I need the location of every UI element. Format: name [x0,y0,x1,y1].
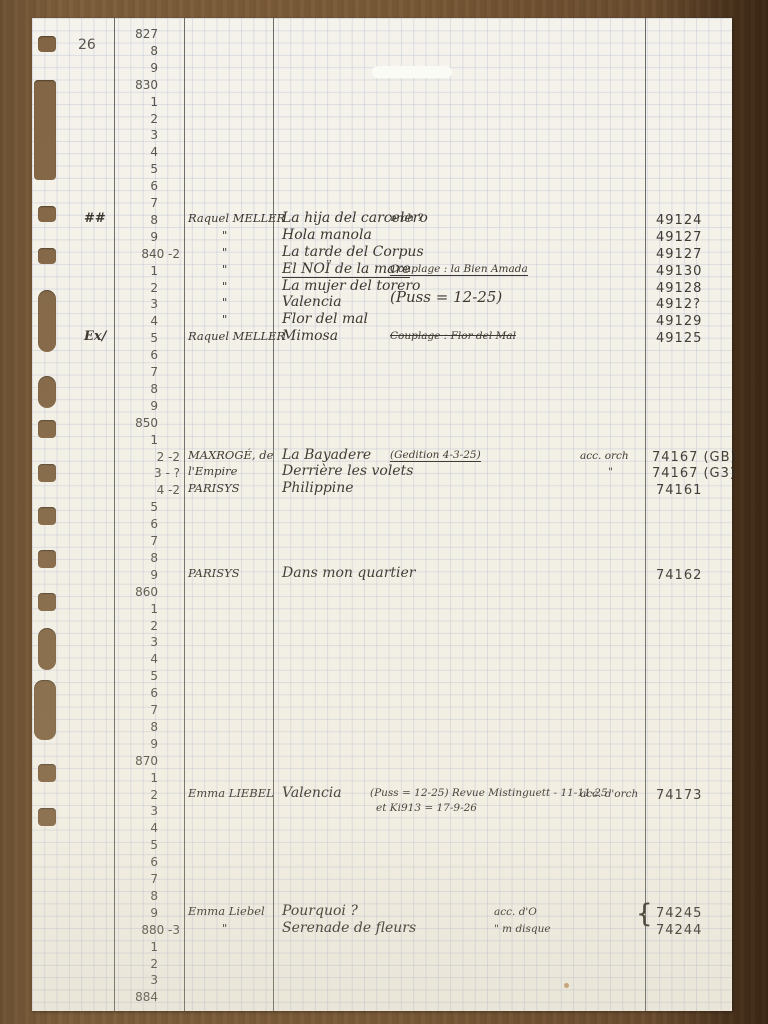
recording-title: Mimosa [282,329,338,343]
column-rule [114,18,115,1011]
matrix-number: 830 [135,79,158,91]
matrix-number: 3 [150,129,158,141]
binder-hole [38,550,56,568]
catalogue-number: 49124 [656,214,702,227]
matrix-number: 1 [150,772,158,784]
matrix-number: 7 [150,704,158,716]
artist-name: " [222,314,227,326]
correction-fluid-mark [372,66,452,78]
binder-hole [38,593,56,611]
matrix-number: 870 [135,755,158,767]
matrix-number: 5 [150,163,158,175]
catalogue-number: 49128 [656,282,702,295]
annotation: Couplage : la Bien Amada [390,264,528,277]
matrix-number: 3 [150,805,158,817]
catalogue-number: 74173 [656,789,702,802]
binder-hole [38,628,56,670]
binder-hole [38,290,56,352]
recording-title: Hola manola [282,228,372,242]
matrix-number: 860 [135,586,158,598]
matrix-number: 850 [135,417,158,429]
artist-name: Raquel MELLER [188,331,285,343]
annotation: (Gedition 4-3-25) [390,450,481,463]
catalogue-number: 49125 [656,332,702,345]
matrix-number: 840 -2 [141,248,180,260]
catalogue-number: 74162 [656,569,702,582]
matrix-number: 4 -2 [157,484,180,496]
matrix-number: 1 [150,434,158,446]
matrix-number: 1 [150,941,158,953]
binder-hole [38,464,56,482]
matrix-number: 6 [150,518,158,530]
matrix-number: 884 [135,991,158,1003]
artist-name: Raquel MELLER [188,213,285,225]
recording-title: Pourquoi ? [282,904,358,918]
matrix-number: 6 [150,856,158,868]
annotation: orch ? [390,213,423,224]
matrix-number: 9 [150,569,158,581]
margin-mark: Ex/ [84,330,106,343]
binder-hole [38,808,56,826]
catalogue-number: 74167 (GB) [652,451,737,464]
artist-name: Emma Liebel [188,906,265,918]
catalogue-number: 49130 [656,265,702,278]
matrix-number: 880 -3 [141,924,180,936]
recording-title: Valencia [282,786,342,800]
margin-mark: ## [84,212,106,225]
recording-title: Derrière les volets [282,464,413,478]
artist-name: " [222,247,227,259]
artist-name: Emma LIEBEL [188,788,274,800]
paper-stain [564,983,569,988]
artist-name: PARISYS [188,483,240,495]
annotation-line-2: et Ki913 = 17-9-26 [376,803,477,814]
matrix-number: 4 [150,822,158,834]
recording-title: Philippine [282,481,354,495]
binder-hole [38,36,56,52]
matrix-number: 9 [150,738,158,750]
annotation: Couplage : Flor del Mal [390,331,516,342]
binder-hole [38,764,56,782]
matrix-number: 3 [150,298,158,310]
annotation: (Puss = 12-25) Revue Mistinguett - 11-11… [370,788,608,799]
catalogue-number: 74161 [656,484,702,497]
matrix-number: 3 - ? [154,467,180,479]
grouping-brace-icon: { [636,901,653,927]
matrix-number: 8 [150,383,158,395]
column-rule [273,18,274,1011]
artist-name: PARISYS [188,568,240,580]
accompaniment-note: acc. d'orch [580,789,638,800]
ledger-sheet: 26 8278983012345678##Raquel MELLERLa hij… [32,18,732,1011]
matrix-number: 6 [150,180,158,192]
artist-name: " [222,230,227,242]
matrix-number: 1 [150,265,158,277]
matrix-number: 2 [150,789,158,801]
binder-hole [38,376,56,408]
binder-hole [38,206,56,222]
matrix-number: 7 [150,366,158,378]
accompaniment-note: acc. d'O [494,907,537,918]
page-marker: 26 [78,38,96,52]
matrix-number: 1 [150,96,158,108]
matrix-number: 8 [150,214,158,226]
matrix-number: 5 [150,332,158,344]
catalogue-number: 49129 [656,315,702,328]
matrix-number: 3 [150,974,158,986]
artist-name: MAXROGÉ, de [188,450,273,462]
matrix-number: 2 [150,282,158,294]
annotation: (Puss = 12-25) [390,290,502,305]
binder-hole [38,507,56,525]
matrix-number: 5 [150,670,158,682]
catalogue-number: 74245 [656,907,702,920]
matrix-number: 8 [150,890,158,902]
matrix-number: 4 [150,653,158,665]
column-rule [645,18,646,1011]
matrix-number: 8 [150,45,158,57]
matrix-number: 2 -2 [157,451,180,463]
matrix-number: 5 [150,501,158,513]
catalogue-number: 49127 [656,231,702,244]
matrix-number: 7 [150,197,158,209]
matrix-number: 8 [150,721,158,733]
matrix-number: 2 [150,113,158,125]
binder-hole [34,80,56,180]
matrix-number: 9 [150,62,158,74]
accompaniment-note: acc. orch [580,451,629,462]
recording-title: La tarde del Corpus [282,245,424,259]
matrix-number: 7 [150,535,158,547]
artist-name: " [222,281,227,293]
artist-name: " [222,264,227,276]
matrix-number: 4 [150,146,158,158]
matrix-number: 4 [150,315,158,327]
matrix-number: 9 [150,231,158,243]
accompaniment-note: " m disque [494,924,551,935]
matrix-number: 9 [150,907,158,919]
matrix-number: 827 [135,28,158,40]
catalogue-number: 74244 [656,924,702,937]
catalogue-number: 49127 [656,248,702,261]
matrix-number: 9 [150,400,158,412]
matrix-number: 6 [150,349,158,361]
recording-title: Serenade de fleurs [282,921,416,935]
matrix-number: 6 [150,687,158,699]
matrix-number: 5 [150,839,158,851]
matrix-number: 1 [150,603,158,615]
accompaniment-note: " [608,467,613,478]
matrix-number: 8 [150,552,158,564]
recording-title: Flor del mal [282,312,368,326]
artist-name: " [222,297,227,309]
column-rule [184,18,185,1011]
binder-hole [38,420,56,438]
artist-name: l'Empire [188,466,237,478]
matrix-number: 3 [150,636,158,648]
catalogue-number: 74167 (G3) [652,467,736,480]
recording-title: Valencia [282,295,342,309]
artist-name: " [222,923,227,935]
binder-hole [38,248,56,264]
recording-title: La Bayadere [282,448,371,462]
matrix-number: 2 [150,958,158,970]
catalogue-number: 4912? [656,298,701,311]
matrix-number: 7 [150,873,158,885]
matrix-number: 2 [150,620,158,632]
binder-hole [34,680,56,740]
recording-title: Dans mon quartier [282,566,416,580]
